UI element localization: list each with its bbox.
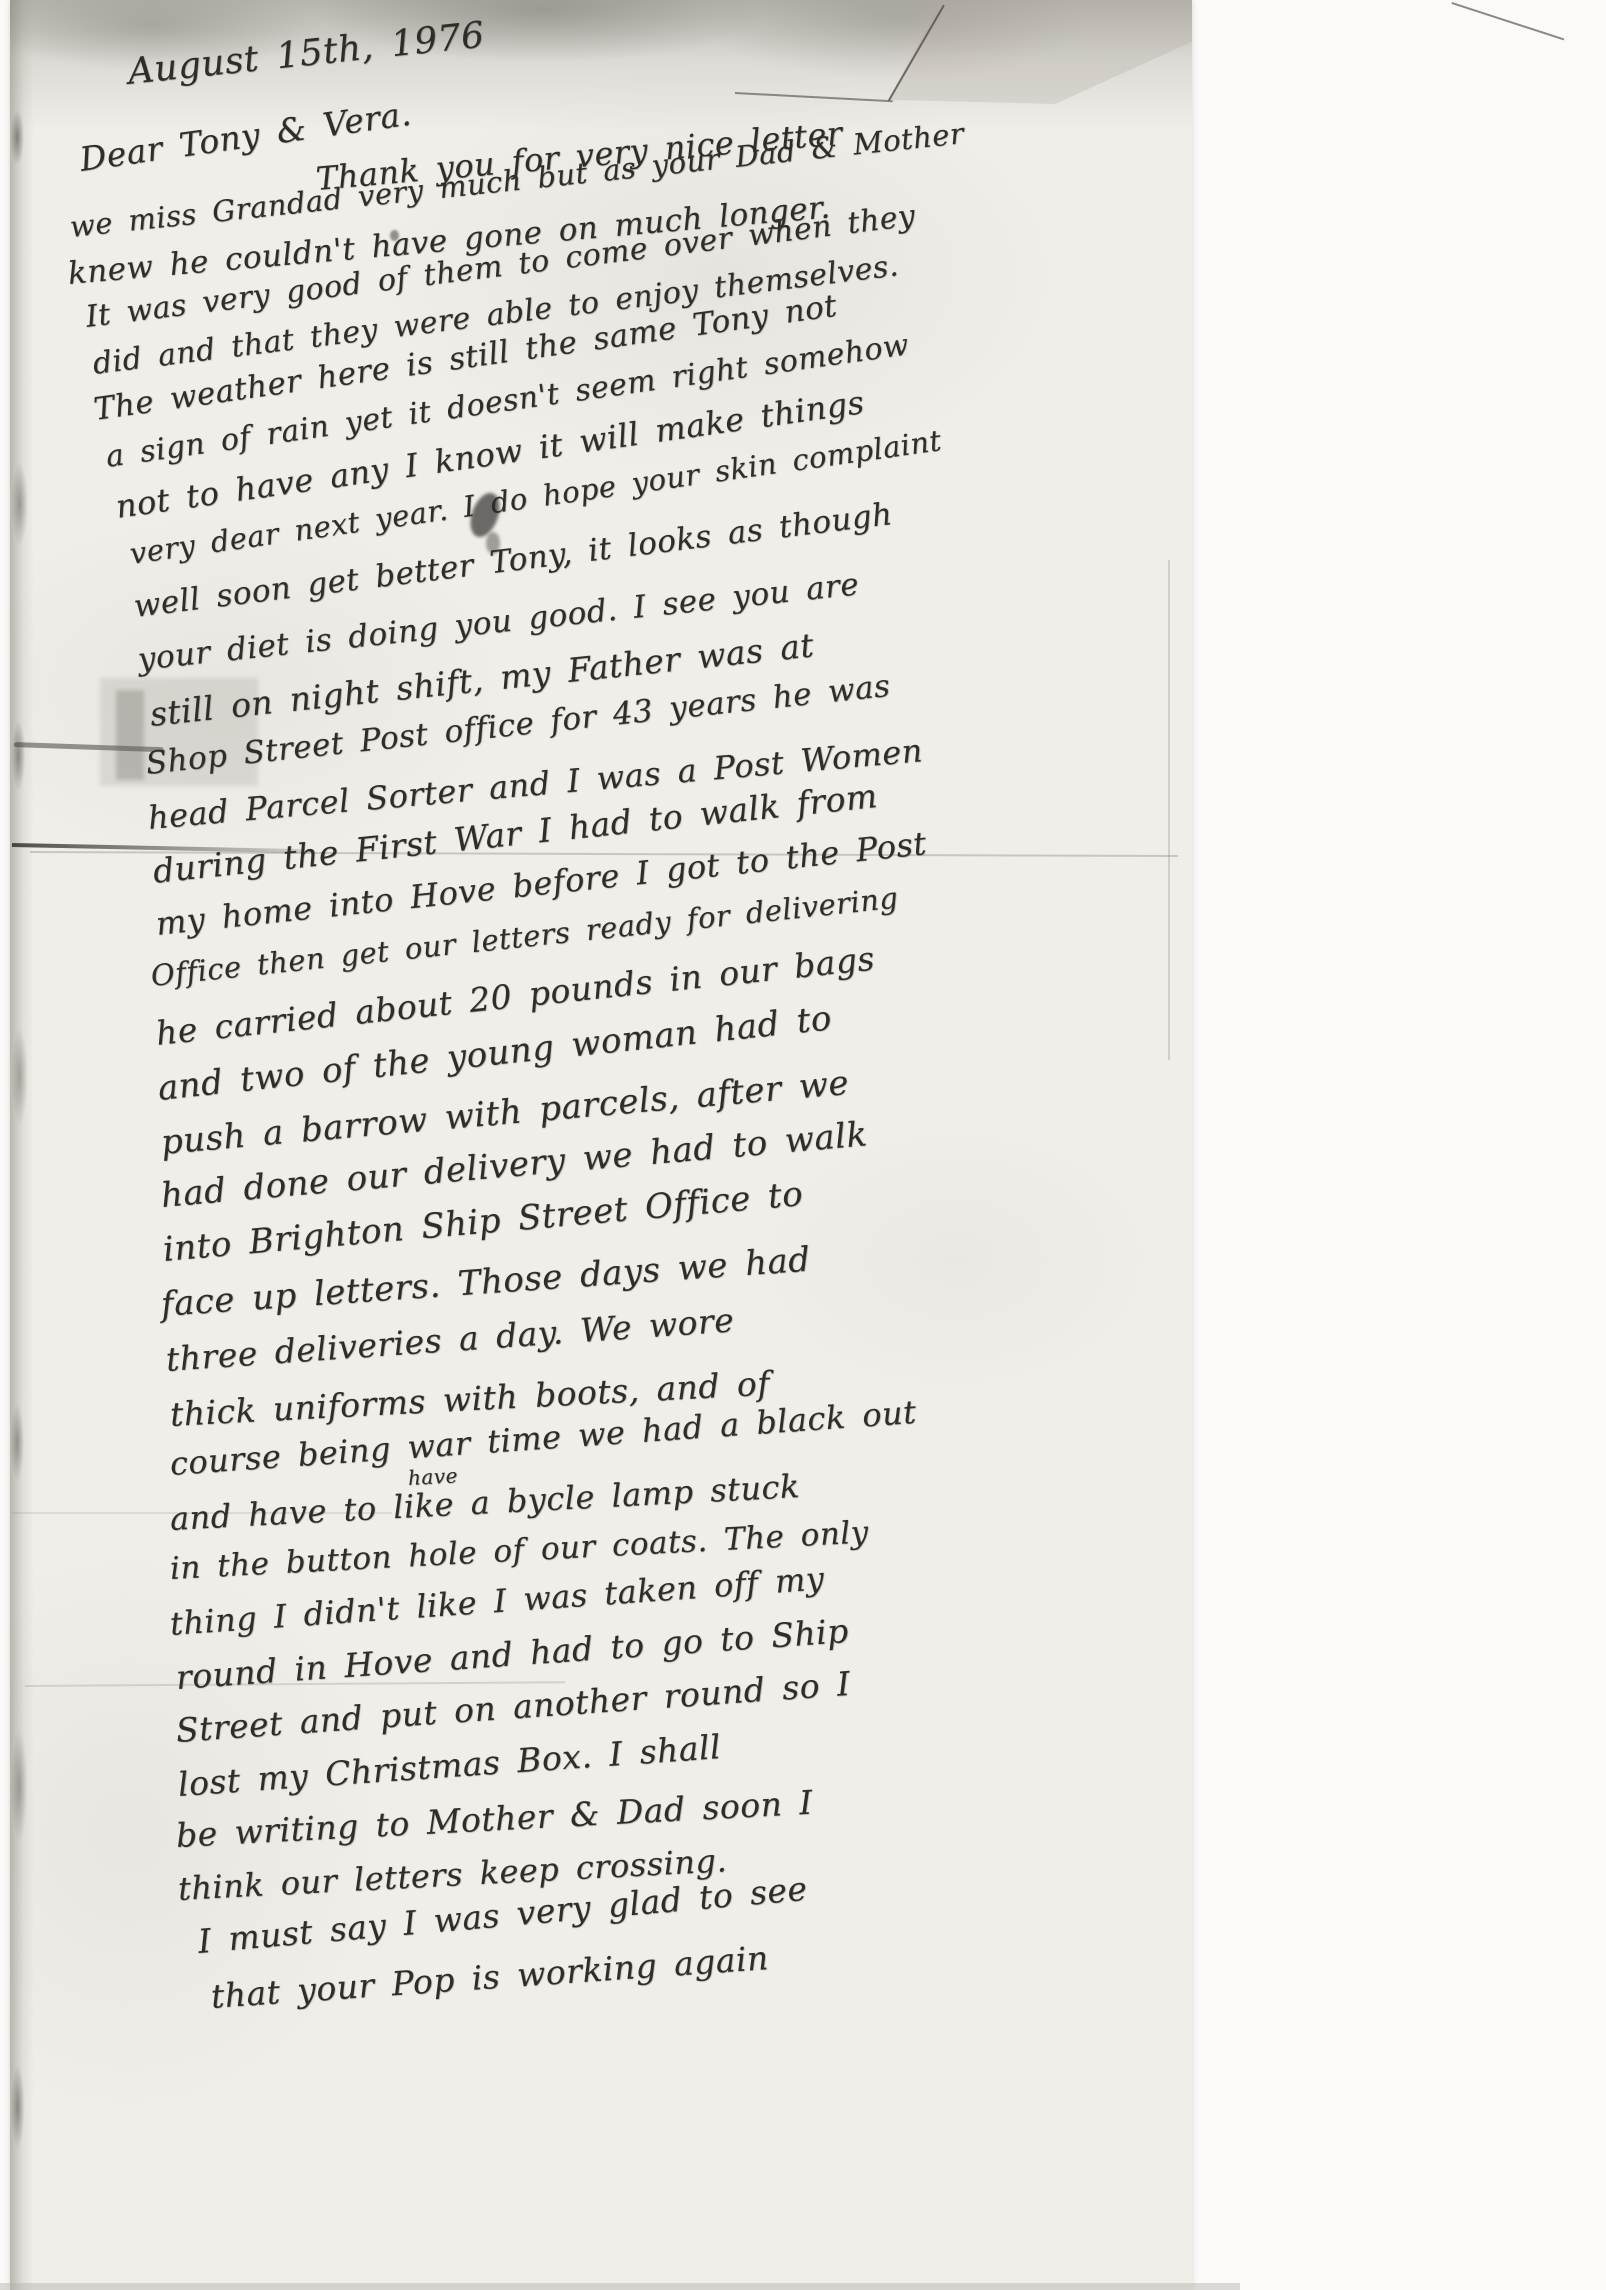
bottom-scan-band	[0, 2283, 1240, 2290]
torn-paper-left-edge	[10, 0, 34, 2290]
right-edge-crease	[1168, 560, 1170, 1060]
corner-line-background	[1451, 2, 1564, 40]
inserted-word: have	[407, 1463, 458, 1490]
faded-stamp-smudge-dark-strip	[116, 690, 144, 780]
